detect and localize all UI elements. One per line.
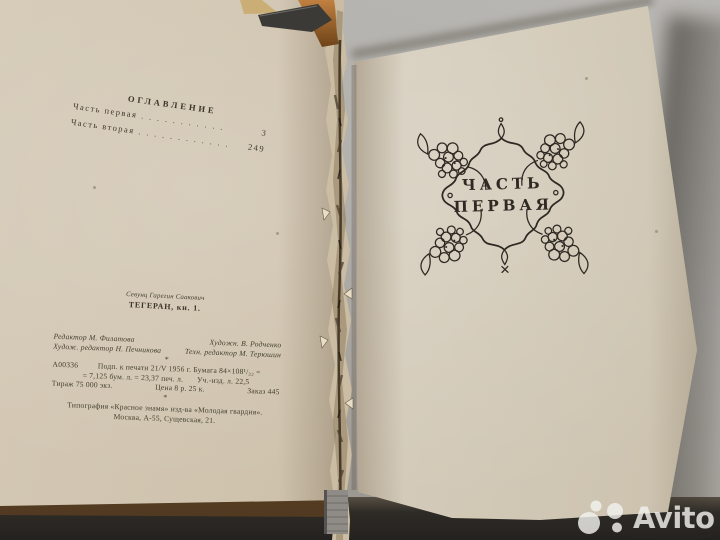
toc-entry-label: Часть первая bbox=[73, 101, 139, 120]
avito-watermark: Avito bbox=[574, 500, 715, 536]
side-dot-left bbox=[448, 193, 452, 197]
price: Цена 8 р. 25 к. bbox=[155, 383, 205, 394]
part-title-line1: ЧАСТЬ bbox=[462, 174, 544, 194]
print-code: А00336 bbox=[52, 360, 78, 371]
avito-watermark-text: Avito bbox=[633, 501, 715, 535]
part-title-line2: ПЕРВАЯ bbox=[453, 195, 553, 216]
top-finial bbox=[498, 124, 504, 139]
paper-speck bbox=[655, 230, 658, 233]
top-finial-dot bbox=[499, 118, 503, 122]
avito-logo-icon bbox=[574, 500, 630, 536]
paper-speck bbox=[585, 77, 588, 80]
paper-speck bbox=[93, 186, 96, 189]
book-photo: ОГЛАВЛЕНИЕ Часть первая . . . . . . . . … bbox=[0, 0, 720, 540]
side-dot-right bbox=[554, 190, 558, 194]
part-title-ornament: ЧАСТЬ ПЕРВАЯ bbox=[408, 106, 599, 287]
spine-gutter-damage bbox=[240, 0, 380, 540]
binding-gauze bbox=[324, 490, 348, 534]
bottom-finial bbox=[501, 250, 507, 265]
bottom-cross bbox=[502, 266, 508, 272]
torn-yellow-edge bbox=[240, 0, 278, 14]
